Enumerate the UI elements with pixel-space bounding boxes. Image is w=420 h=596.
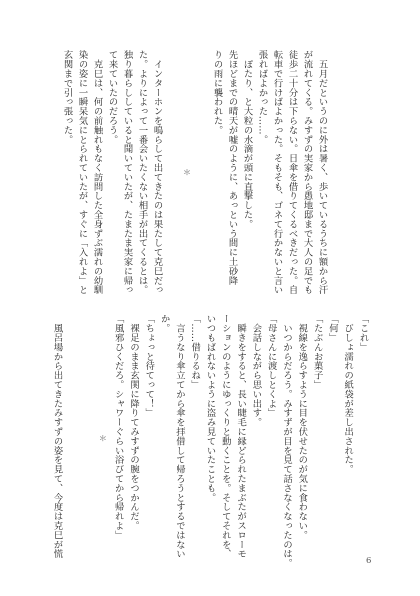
section-break-asterisk: ＊ [95,314,110,562]
text-column: びしょ濡れの紙袋が差し出された。 [340,314,355,562]
text-column: 「何」 [325,314,340,562]
text-column: 「母さんに渡しとくよ」 [264,314,279,562]
text-column: いつもばれないように盗み見ていたことも。 [203,314,218,562]
novel-page: 五月だというのに外は暑く、歩いているうちに額から汗が流れてくる。みすずの実家から… [0,0,420,596]
text-column: 言うなり傘立てから傘を拝借して帰ろうとするではない [172,314,187,562]
text-column: か。 [157,314,172,562]
column-spacer [65,314,80,562]
text-column: ーションのようにゆっくりと動くことを。そしてそれを、 [218,314,233,562]
column-spacer [80,314,95,562]
text-column: 徒歩二十分は下らない。日傘を借りてくるべきだった。自 [285,50,300,294]
text-column: 独り暮らししていると聞いていたが、たまたま実家に帰っ [120,50,135,294]
text-column: 「ちょっと待てって！」 [141,314,156,562]
text-column: 張ればよかった……。 [255,50,270,294]
section-break-asterisk: ＊ [180,50,195,294]
text-column: 「……借りるね」 [187,314,202,562]
text-column: 瞬きをすると、長い睫毛に縁どられたまぶたがスローモ [233,314,248,562]
text-column: 「風邪ひくだろ。シャワーぐらい浴びてから帰れよ」 [111,314,126,562]
text-column: りの雨に襲われた。 [210,50,225,294]
text-column: 会話しながら思い出す。 [248,314,263,562]
column-spacer [195,50,210,294]
text-column: が流れてくる。みすずの実家から愚地邸まで大人の足でも [300,50,315,294]
text-column: 視線を逸らすように目を伏せたのが気に食わない。 [294,314,309,562]
text-column: 「たぶんお菓子」 [310,314,325,562]
text-column: 転車で行けばよかった。そもそも、ゴネて行かないと言い [270,50,285,294]
text-column: 克巳は、何の前触れもなく訪問した全身ずぶ濡れの幼馴 [90,50,105,294]
text-column: ぽたり、と大粒の水滴が頭に直撃した。 [240,50,255,294]
text-column: いつからだろう。みすずが目を見て話さなくなったのは。 [279,314,294,562]
text-column: 裸足のまま玄関に降りてみすずの腕をつかんだ。 [126,314,141,562]
text-column: て来ていたのだろう。 [105,50,120,294]
text-column: た。よりによって一番会いたくない相手が出てくるとは。 [135,50,150,294]
text-column: インターホンを鳴らして出てきたのは果たして克巳だっ [150,50,165,294]
text-block-top: 五月だというのに外は暑く、歩いているうちに額から汗が流れてくる。みすずの実家から… [0,50,420,294]
text-column: 染の姿に一瞬呆気にとられていたが、すぐに「入れよ」と [75,50,90,294]
text-column: 先ほどまでの晴天が嘘のように、あっという間に土砂降 [225,50,240,294]
text-column: 風呂場から出てきたみすずの姿を見て、今度は克巳が慌 [50,314,65,562]
column-spacer [165,50,180,294]
text-column: 五月だというのに外は暑く、歩いているうちに額から汗 [315,50,330,294]
text-column: 「これ」 [356,314,371,562]
text-block-bottom: 「これ」 びしょ濡れの紙袋が差し出された。「何」「たぶんお菓子」 視線を逸らすよ… [0,314,420,562]
text-column: 玄関まで引っ張った。 [60,50,75,294]
page-number: 6 [366,556,371,566]
